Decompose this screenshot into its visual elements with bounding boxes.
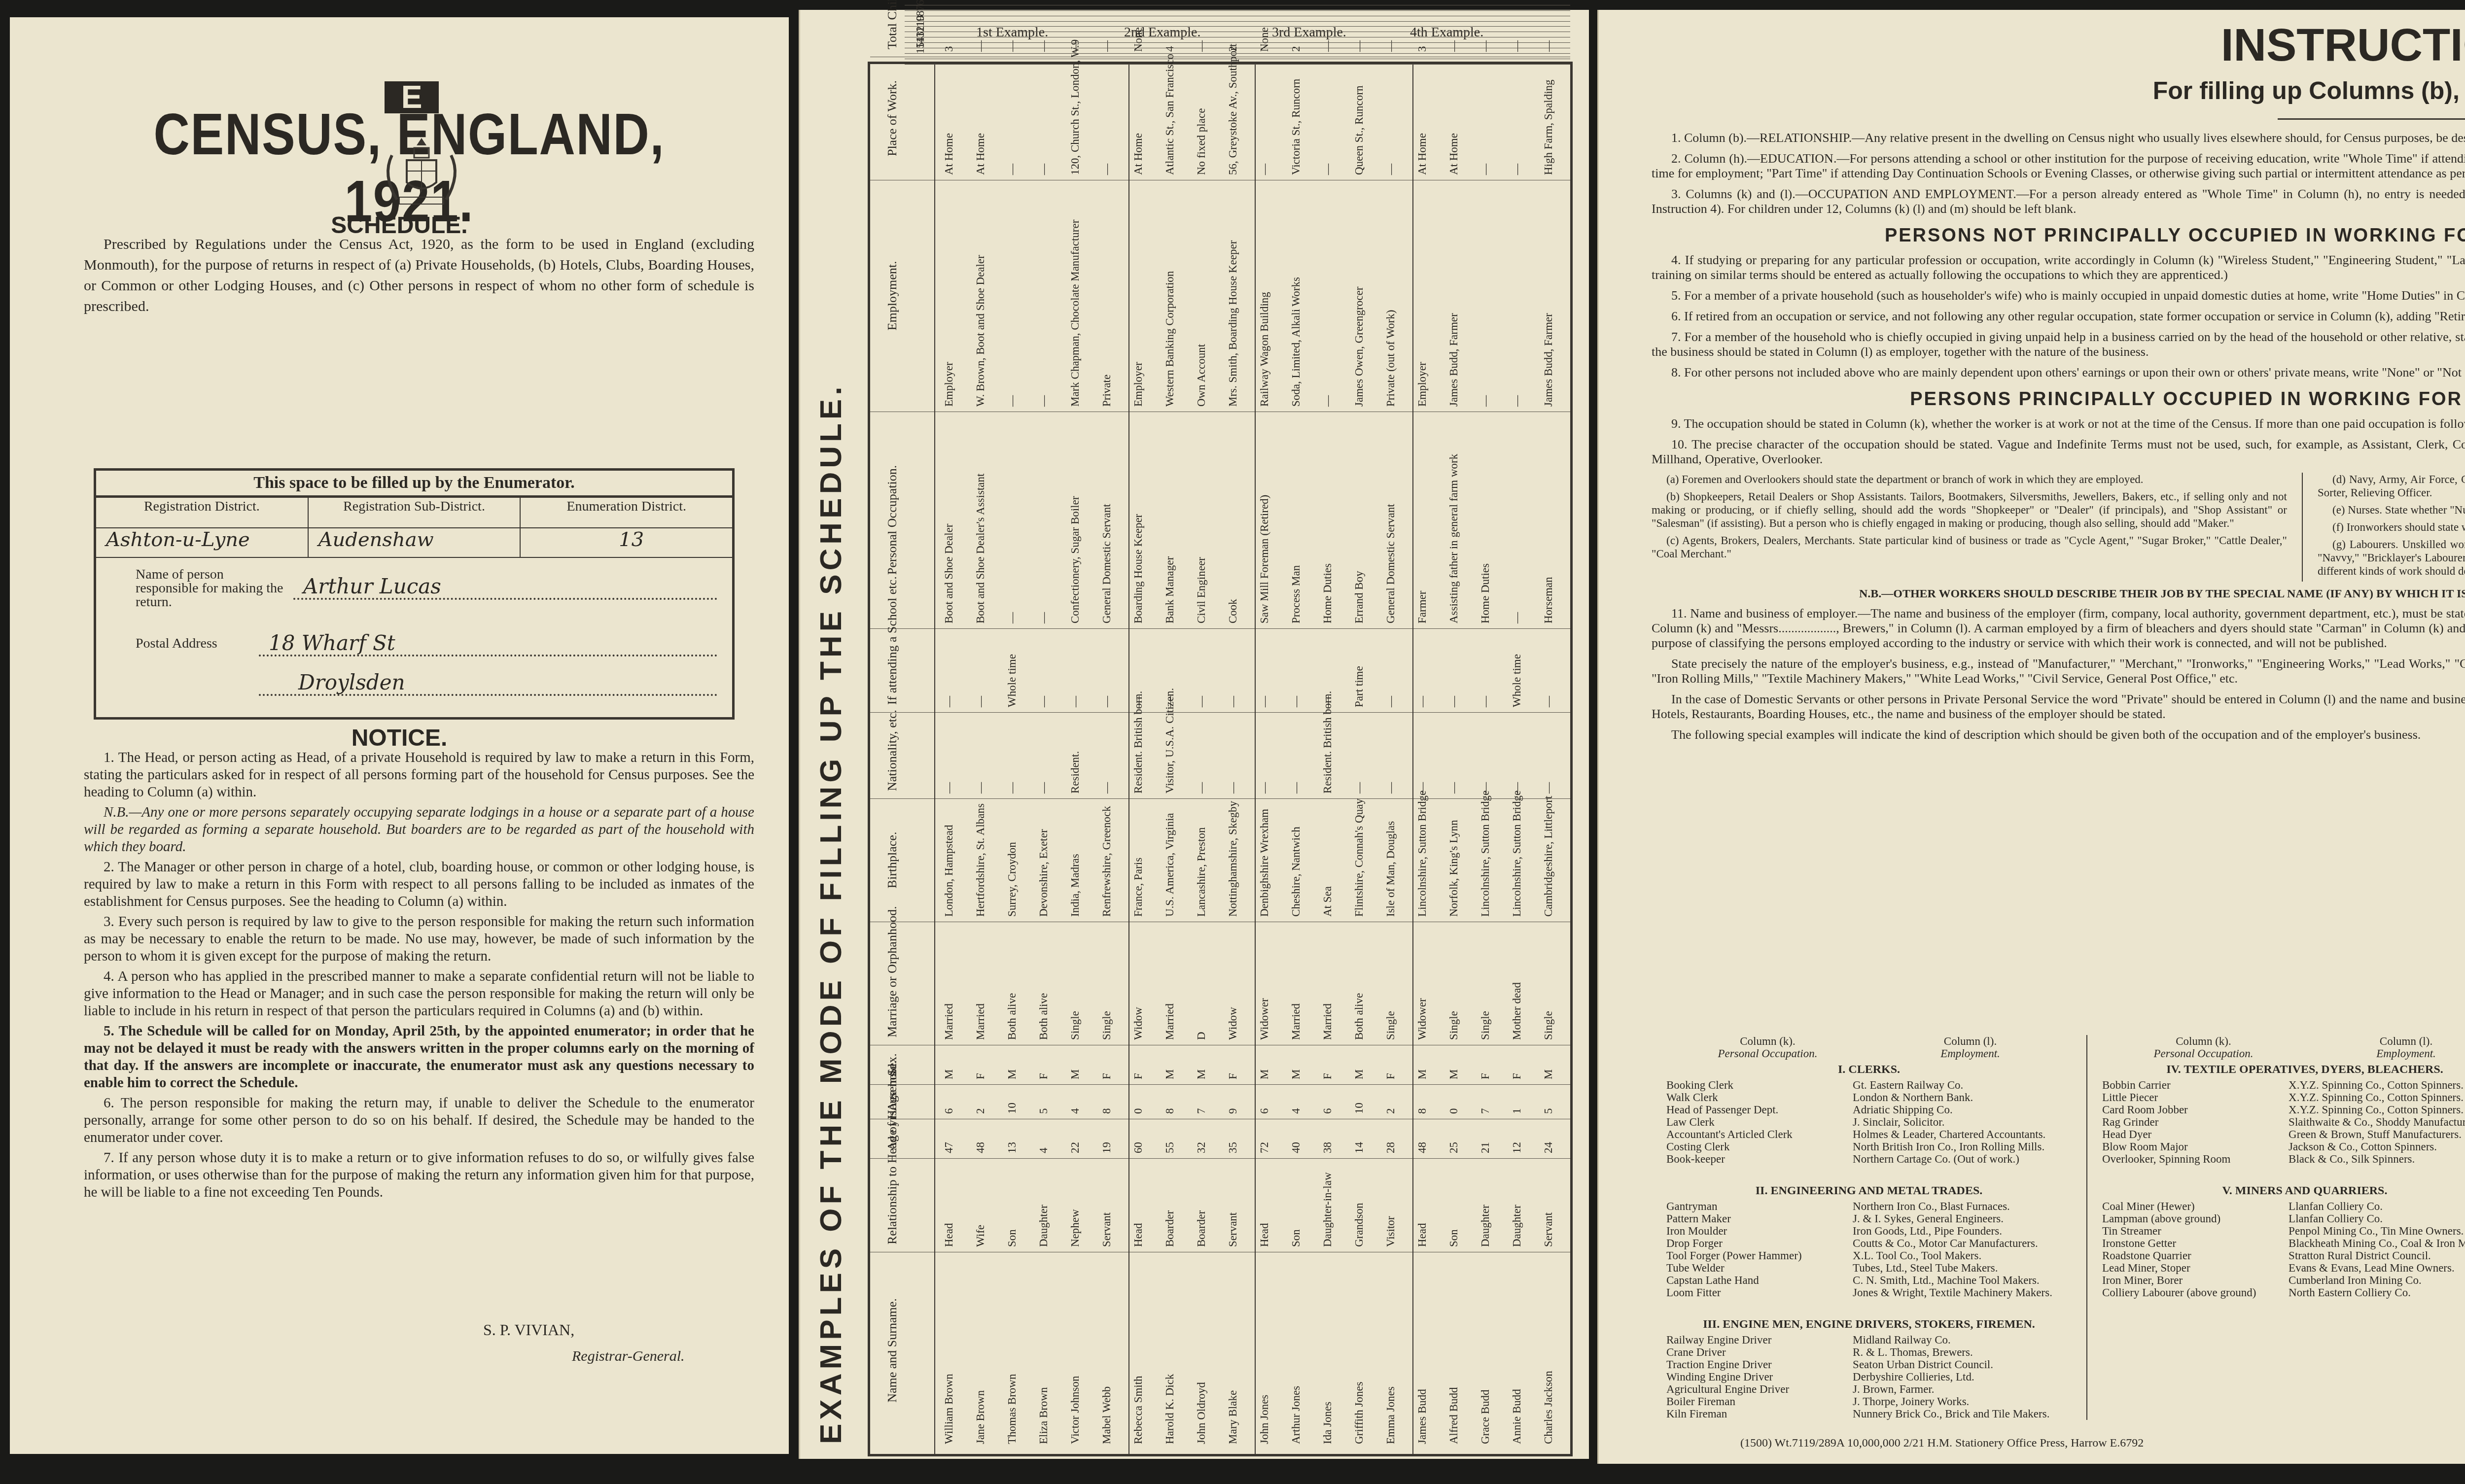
instruction-5: 5. For a member of a private household (… — [1652, 288, 2465, 303]
table-cell-name: Harold K. Dick — [1164, 1374, 1176, 1444]
table-cell-yrs: 60 — [1132, 1142, 1144, 1153]
instruction-1: 1. Column (b).—RELATIONSHIP.—Any relativ… — [1652, 131, 2465, 145]
table-header: Age yrs. — [885, 1126, 900, 1151]
table-cell-yrs: 22 — [1069, 1142, 1081, 1153]
table-column-divider — [870, 798, 1570, 799]
example-row: Blow Room MajorJackson & Co., Cotton Spi… — [2102, 1140, 2465, 1153]
table-column-divider — [870, 412, 1570, 412]
occupation-text: Iron Miner, Borer — [2102, 1274, 2289, 1286]
table-column-divider — [870, 1045, 1570, 1045]
responsible-person-field[interactable]: Arthur Lucas — [293, 575, 717, 600]
subrule-d: (d) Navy, Army, Air Force, Civil Service… — [2318, 473, 2465, 499]
example-row: Coal Miner (Hewer)Llanfan Colliery Co. — [2102, 1200, 2465, 1212]
table-cell-yrs: 13 — [1006, 1142, 1018, 1153]
occupation-examples: Column (k).Personal Occupation.Column (l… — [1652, 1035, 2465, 1420]
table-cell-emp: Mark Chapman, Chocolate Manufacturer — [1069, 220, 1081, 407]
example-row: Head DyerGreen & Brown, Stuff Manufactur… — [2102, 1128, 2465, 1140]
table-cell-nat: — — [1448, 782, 1460, 794]
subrule-b: (b) Shopkeepers, Retail Dealers or Shop … — [1652, 490, 2287, 530]
table-cell-occ: Assisting father in general farm work — [1448, 454, 1460, 623]
table-cell-place: — — [1038, 164, 1050, 175]
table-cell-school: — — [1038, 696, 1050, 707]
table-cell-name: Griffith Jones — [1353, 1381, 1365, 1444]
notice-item-2: 2. The Manager or other person in charge… — [84, 859, 754, 910]
age-row-divider — [905, 42, 1570, 43]
table-cell-mar: Single — [1385, 1011, 1397, 1040]
postal-address-line2-field[interactable]: Droylsden — [259, 671, 717, 696]
table-cell-sex: M — [1448, 1070, 1460, 1079]
table-cell-occ: Confectionery, Sugar Boiler — [1069, 496, 1081, 623]
occupation-text: Head of Passenger Dept. — [1666, 1104, 1853, 1116]
table-cell-ms: 6 — [943, 1108, 955, 1114]
example-row: Tin StreamerPenpol Mining Co., Tin Mine … — [2102, 1225, 2465, 1237]
occupation-text: Ironstone Getter — [2102, 1237, 2289, 1249]
employment-text: North British Iron Co., Iron Rolling Mil… — [1853, 1140, 2072, 1153]
table-cell-name: Ida Jones — [1322, 1402, 1334, 1444]
table-cell-sex: F — [1038, 1073, 1050, 1079]
employment-text: Iron Goods, Ltd., Pipe Founders. — [1853, 1225, 2072, 1237]
example-row: Costing ClerkNorth British Iron Co., Iro… — [1666, 1140, 2072, 1153]
employment-text: Llanfan Colliery Co. — [2289, 1200, 2465, 1212]
table-cell-children: 2 — [1227, 46, 1239, 52]
table-cell-nat: — — [1227, 782, 1239, 794]
table-cell-school: — — [1448, 696, 1460, 707]
example-row: Capstan Lathe HandC. N. Smith, Ltd., Mac… — [1666, 1274, 2072, 1286]
table-cell-rel: Daughter — [1479, 1205, 1491, 1247]
table-cell-occ: — — [1006, 612, 1018, 623]
subrule-f: (f) Ironworkers should state whether Pud… — [2318, 520, 2465, 534]
enumerator-box-heading: This space to be filled up by the Enumer… — [96, 471, 732, 498]
table-cell-nat: Resident. — [1069, 751, 1081, 794]
employment-text: Black & Co., Silk Spinners. — [2289, 1153, 2465, 1165]
table-cell-occ: Civil Engineer — [1196, 557, 1207, 623]
table-cell-yrs: 55 — [1164, 1142, 1176, 1153]
table-cell-occ: Boot and Shoe Dealer — [943, 524, 955, 623]
table-header: Marriage or Orphanhood. — [885, 929, 900, 1037]
table-cell-yrs: 21 — [1479, 1142, 1491, 1153]
table-cell-sex: M — [1259, 1070, 1270, 1079]
table-cell-ms: 5 — [1038, 1108, 1050, 1114]
table-cell-children: 2 — [1290, 46, 1302, 52]
instruction-4: 4. If studying or preparing for any part… — [1652, 253, 2465, 282]
table-cell-occ: Bank Manager — [1164, 556, 1176, 623]
example-row: Accountant's Articled ClerkHolmes & Lead… — [1666, 1128, 2072, 1140]
example-row: Crane DriverR. & L. Thomas, Brewers. — [1666, 1346, 2072, 1358]
employment-text: Seaton Urban District Council. — [1853, 1358, 2072, 1371]
table-cell-mar: Single — [1448, 1011, 1460, 1040]
occupation-text: Boiler Fireman — [1666, 1395, 1853, 1408]
table-cell-ms: 2 — [975, 1108, 986, 1114]
occupation-text: Little Piecer — [2102, 1091, 2289, 1104]
table-cell-birth: Lincolnshire, Sutton Bridge — [1479, 791, 1491, 917]
age-row-divider — [905, 48, 1570, 48]
instruction-3: 3. Columns (k) and (l).—OCCUPATION AND E… — [1652, 187, 2465, 216]
notice-item-7: 7. If any person whose duty it is to mak… — [84, 1149, 754, 1201]
table-cell-occ: Process Man — [1290, 565, 1302, 623]
intro-paragraph: Prescribed by Regulations under the Cens… — [84, 234, 754, 317]
table-cell-rel: Wife — [975, 1225, 986, 1247]
employment-text: J. Sinclair, Solicitor. — [1853, 1116, 2072, 1128]
table-header: Sex. — [885, 1052, 900, 1077]
table-cell-ms: 10 — [1006, 1103, 1018, 1114]
table-cell-occ: Farmer — [1416, 591, 1428, 623]
table-header: Nationality, etc. — [885, 720, 900, 791]
registration-sub-district-label: Registration Sub-District. — [309, 498, 521, 527]
table-cell-rel: Daughter-in-law — [1322, 1172, 1334, 1247]
table-cell-place: At Home — [975, 133, 986, 175]
left-panel: E CENSUS, ENGLAND, 1921. SCHEDULE. Presc… — [10, 17, 789, 1454]
instruction-11: 11. Name and business of employer.—The n… — [1652, 606, 2465, 651]
table-cell-school: — — [1290, 696, 1302, 707]
table-cell-school: — — [943, 696, 955, 707]
table-cell-birth: Surrey, Croydon — [1006, 842, 1018, 917]
table-cell-school: — — [1543, 696, 1554, 707]
table-cell-rel: Visitor — [1385, 1216, 1397, 1247]
employment-text: Northern Iron Co., Blast Furnaces. — [1853, 1200, 2072, 1212]
table-cell-ms: 6 — [1259, 1108, 1270, 1114]
table-column-divider — [870, 1119, 1570, 1119]
table-cell-ms: 2 — [1385, 1108, 1397, 1114]
table-cell-emp: Employer — [1132, 362, 1144, 407]
example-row: Pattern MakerJ. & I. Sykes, General Engi… — [1666, 1212, 2072, 1225]
table-cell-emp: Western Banking Corporation — [1164, 271, 1176, 407]
table-column-divider — [870, 712, 1570, 713]
table-cell-birth: Isle of Man, Douglas — [1385, 821, 1397, 917]
employment-text: J. Brown, Farmer. — [1853, 1383, 2072, 1395]
example-row: Roadstone QuarrierStratton Rural Distric… — [2102, 1249, 2465, 1262]
example-row: Iron Miner, BorerCumberland Iron Mining … — [2102, 1274, 2465, 1286]
table-header: Relationship to Head of Household. — [885, 1166, 900, 1244]
enumeration-district-field[interactable]: 13 — [521, 528, 732, 557]
table-cell-mar: Widower — [1259, 998, 1270, 1040]
employment-text: Green & Brown, Stuff Manufacturers. — [2289, 1128, 2465, 1140]
notice-nb: N.B.—Any one or more persons separately … — [84, 804, 754, 856]
examples-table: William BrownJane BrownThomas BrownEliza… — [868, 62, 1573, 1456]
occupation-text: Booking Clerk — [1666, 1079, 1853, 1091]
table-cell-emp: Private (out of Work) — [1385, 310, 1397, 407]
postal-address-line1-field[interactable]: 18 Wharf St — [259, 632, 717, 656]
example-row: Colliery Labourer (above ground)North Ea… — [2102, 1286, 2465, 1299]
table-cell-birth: France, Paris — [1132, 858, 1144, 917]
table-cell-name: Annie Budd — [1511, 1389, 1523, 1444]
table-cell-nat: — — [1385, 782, 1397, 794]
table-cell-birth: Denbighshire Wrexham — [1259, 809, 1270, 917]
employment-text: Nunnery Brick Co., Brick and Tile Makers… — [1853, 1408, 2072, 1420]
notice-item-3: 3. Every such person is required by law … — [84, 913, 754, 965]
registration-sub-district-field[interactable]: Audenshaw — [309, 528, 521, 557]
table-column-divider — [870, 1252, 1570, 1252]
registration-district-field[interactable]: Ashton-u-Lyne — [96, 528, 309, 557]
table-cell-name: Alfred Budd — [1448, 1387, 1460, 1444]
table-cell-ms: 8 — [1416, 1108, 1428, 1114]
table-cell-birth: Lancashire, Preston — [1196, 828, 1207, 917]
employment-text: X.Y.Z. Spinning Co., Cotton Spinners. — [2289, 1104, 2465, 1116]
table-cell-sex: M — [1290, 1070, 1302, 1079]
table-cell-occ: Cook — [1227, 599, 1239, 623]
example-group-divider — [1255, 64, 1256, 1454]
example-row: Agricultural Engine DriverJ. Brown, Farm… — [1666, 1383, 2072, 1395]
nb-other-workers: N.B.—OTHER WORKERS SHOULD DESCRIBE THEIR… — [1652, 587, 2465, 601]
table-cell-yrs: 35 — [1227, 1142, 1239, 1153]
signature-title: Registrar-General. — [572, 1348, 685, 1365]
example-row: Tool Forger (Power Hammer)X.L. Tool Co.,… — [1666, 1249, 2072, 1262]
example-section-title: II. ENGINEERING AND METAL TRADES. — [1666, 1185, 2072, 1197]
table-cell-children: 3 — [1416, 46, 1428, 52]
age-row-divider — [905, 10, 1570, 11]
table-cell-yrs: 48 — [1416, 1142, 1428, 1153]
table-cell-occ: Saw Mill Foreman (Retired) — [1259, 495, 1270, 623]
employment-text: Cumberland Iron Mining Co. — [2289, 1274, 2465, 1286]
table-cell-sex: F — [1479, 1073, 1491, 1079]
table-cell-rel: Head — [943, 1223, 955, 1247]
table-cell-sex: M — [1006, 1070, 1018, 1079]
table-cell-name: John Oldroyd — [1196, 1382, 1207, 1444]
col-l-label: Column (l). — [1944, 1035, 1997, 1047]
example-row: Boiler FiremanJ. Thorpe, Joinery Works. — [1666, 1395, 2072, 1408]
occupation-text: Head Dyer — [2102, 1128, 2289, 1140]
example-section-title: III. ENGINE MEN, ENGINE DRIVERS, STOKERS… — [1666, 1318, 2072, 1331]
example-row: Card Room JobberX.Y.Z. Spinning Co., Cot… — [2102, 1104, 2465, 1116]
table-cell-yrs: 48 — [975, 1142, 986, 1153]
table-cell-mar: D — [1196, 1032, 1207, 1040]
table-cell-nat: — — [1416, 782, 1428, 794]
table-cell-school: Whole time — [1511, 654, 1523, 707]
table-cell-occ: Home Duties — [1322, 563, 1334, 623]
example-row: Loom FitterJones & Wright, Textile Machi… — [1666, 1286, 2072, 1299]
table-cell-occ: Home Duties — [1479, 563, 1491, 623]
table-cell-place: Atlantic St., San Francisco — [1164, 54, 1176, 175]
table-cell-birth: London, Hampstead — [943, 825, 955, 917]
table-cell-yrs: 12 — [1511, 1142, 1523, 1153]
notice-item-1: 1. The Head, or person acting as Head, o… — [84, 749, 754, 801]
occupation-text: Book-keeper — [1666, 1153, 1853, 1165]
table-cell-rel: Servant — [1101, 1212, 1113, 1247]
table-cell-place: — — [1322, 164, 1334, 175]
occupation-text: Winding Engine Driver — [1666, 1371, 1853, 1383]
table-cell-school: — — [1227, 696, 1239, 707]
employment-text: Penpol Mining Co., Tin Mine Owners. — [2289, 1225, 2465, 1237]
table-cell-name: Mabel Webb — [1101, 1386, 1113, 1444]
table-cell-place: — — [1479, 164, 1491, 175]
employment-text: J. & I. Sykes, General Engineers. — [1853, 1212, 2072, 1225]
table-cell-mar: Single — [1069, 1011, 1081, 1040]
employment-text: Jackson & Co., Cotton Spinners. — [2289, 1140, 2465, 1153]
section-occupied: PERSONS PRINCIPALLY OCCUPIED IN WORKING … — [1652, 392, 2465, 407]
employment-text: Gt. Eastern Railway Co. — [1853, 1079, 2072, 1091]
table-cell-yrs: 72 — [1259, 1142, 1270, 1153]
employment-text: North Eastern Colliery Co. — [2289, 1286, 2465, 1299]
table-cell-ms: 9 — [1227, 1108, 1239, 1114]
table-cell-yrs: 19 — [1101, 1142, 1113, 1153]
table-cell-ms: 5 — [1543, 1108, 1554, 1114]
notice-list: 1. The Head, or person acting as Head, o… — [84, 749, 754, 1204]
age-row-divider — [905, 5, 1570, 5]
employment-text: Coutts & Co., Motor Car Manufacturers. — [1853, 1237, 2072, 1249]
table-cell-sex: M — [1196, 1070, 1207, 1079]
table-cell-place: 120, Church St., London, W.9 — [1069, 39, 1081, 175]
subrule-a: (a) Foremen and Overlookers should state… — [1652, 473, 2287, 486]
occupation-text: Capstan Lathe Hand — [1666, 1274, 1853, 1286]
table-cell-ms: 0 — [1448, 1108, 1460, 1114]
table-cell-birth: At Sea — [1322, 886, 1334, 917]
table-cell-yrs: 32 — [1196, 1142, 1207, 1153]
table-cell-rel: Boarder — [1196, 1210, 1207, 1247]
table-cell-emp: — — [1006, 395, 1018, 407]
table-cell-rel: Grandson — [1353, 1203, 1365, 1247]
table-cell-birth: Flintshire, Connah's Quay — [1353, 798, 1365, 917]
table-cell-emp: W. Brown, Boot and Shoe Dealer — [975, 255, 986, 407]
instruction-11-examples-intro: The following special examples will indi… — [1652, 727, 2465, 742]
table-cell-yrs: 14 — [1353, 1142, 1365, 1153]
employment-text: Holmes & Leader, Chartered Accountants. — [1853, 1128, 2072, 1140]
table-cell-nat: — — [1038, 782, 1050, 794]
example-row: Law ClerkJ. Sinclair, Solicitor. — [1666, 1116, 2072, 1128]
enumerator-box: This space to be filled up by the Enumer… — [94, 468, 735, 720]
table-cell-yrs: 47 — [943, 1142, 955, 1153]
table-cell-ms: 0 — [1132, 1108, 1144, 1114]
table-cell-emp: Own Account — [1196, 344, 1207, 407]
table-cell-emp: James Budd, Farmer — [1448, 313, 1460, 407]
table-cell-school: — — [1322, 696, 1334, 707]
table-cell-place: No fixed place — [1196, 108, 1207, 175]
occupation-text: Bobbin Carrier — [2102, 1079, 2289, 1091]
table-cell-ms: 4 — [1290, 1108, 1302, 1114]
table-cell-place: Queen St., Runcorn — [1353, 86, 1365, 175]
table-cell-place: — — [1101, 164, 1113, 175]
table-column-divider — [870, 180, 1570, 180]
occupation-text: Law Clerk — [1666, 1116, 1853, 1128]
employment-text: Llanfan Colliery Co. — [2289, 1212, 2465, 1225]
example-row: Tube WelderTubes, Ltd., Steel Tube Maker… — [1666, 1262, 2072, 1274]
example-row: Overlooker, Spinning RoomBlack & Co., Si… — [2102, 1153, 2465, 1165]
occupation-text: Overlooker, Spinning Room — [2102, 1153, 2289, 1165]
example-row: GantrymanNorthern Iron Co., Blast Furnac… — [1666, 1200, 2072, 1212]
table-cell-children: 4 — [1164, 46, 1176, 52]
table-cell-birth: Norfolk, King's Lynn — [1448, 820, 1460, 917]
table-cell-place: High Farm, Spalding — [1543, 79, 1554, 175]
employment-text: London & Northern Bank. — [1853, 1091, 2072, 1104]
table-cell-rel: Head — [1259, 1223, 1270, 1247]
table-header: Age ms. — [885, 1092, 900, 1111]
table-cell-sex: M — [1416, 1070, 1428, 1079]
table-cell-sex: M — [1353, 1070, 1365, 1079]
table-cell-rel: Head — [1132, 1223, 1144, 1247]
table-cell-name: Arthur Jones — [1290, 1386, 1302, 1444]
example-row: Lampman (above ground)Llanfan Colliery C… — [2102, 1212, 2465, 1225]
table-cell-occ: — — [1511, 612, 1523, 623]
table-cell-sex: F — [1101, 1073, 1113, 1079]
example-row: Head of Passenger Dept.Adriatic Shipping… — [1666, 1104, 2072, 1116]
table-cell-name: Victor Johnson — [1069, 1376, 1081, 1444]
age-row-divider — [905, 21, 1570, 22]
table-cell-rel: Nephew — [1069, 1209, 1081, 1247]
occupation-text: Rag Grinder — [2102, 1116, 2289, 1128]
example-section-title: V. MINERS AND QUARRIERS. — [2102, 1185, 2465, 1197]
table-cell-occ: General Domestic Servant — [1101, 504, 1113, 623]
table-column-divider — [870, 1084, 1570, 1085]
table-cell-place: At Home — [1448, 133, 1460, 175]
subrule-e: (e) Nurses. State whether "Nurse (Domest… — [2318, 503, 2465, 517]
occupation-text: Accountant's Articled Clerk — [1666, 1128, 1853, 1140]
table-cell-birth: Hertfordshire, St. Albans — [975, 803, 986, 917]
table-cell-sex: M — [1164, 1070, 1176, 1079]
table-cell-emp: — — [1038, 395, 1050, 407]
table-cell-school: — — [1385, 696, 1397, 707]
table-cell-ms: 8 — [1164, 1108, 1176, 1114]
table-cell-place: 56, Greystoke Av., Southport — [1227, 44, 1239, 175]
occupation-text: Coal Miner (Hewer) — [2102, 1200, 2289, 1212]
table-cell-birth: U.S. America, Virginia — [1164, 813, 1176, 917]
employment-text: C. N. Smith, Ltd., Machine Tool Makers. — [1853, 1274, 2072, 1286]
table-column-divider — [870, 57, 1570, 57]
example-row: Walk ClerkLondon & Northern Bank. — [1666, 1091, 2072, 1104]
table-cell-name: Rebecca Smith — [1132, 1376, 1144, 1444]
example-row: Traction Engine DriverSeaton Urban Distr… — [1666, 1358, 2072, 1371]
table-cell-school: — — [1416, 696, 1428, 707]
employment-text: Tubes, Ltd., Steel Tube Makers. — [1853, 1262, 2072, 1274]
occupation-text: Blow Room Major — [2102, 1140, 2289, 1153]
subrule-g: (g) Labourers. Unskilled workers usually… — [2318, 538, 2465, 578]
example-label-4: 4th Example. — [1410, 25, 1483, 40]
table-cell-place: At Home — [943, 133, 955, 175]
example-row: Winding Engine DriverDerbyshire Collieri… — [1666, 1371, 2072, 1383]
table-cell-mar: Married — [1322, 1003, 1334, 1040]
table-header: Birthplace. — [885, 806, 900, 914]
employment-text: X.Y.Z. Spinning Co., Cotton Spinners. — [2289, 1091, 2465, 1104]
employment-text: Northern Cartage Co. (Out of work.) — [1853, 1153, 2072, 1165]
table-cell-rel: Boarder — [1164, 1210, 1176, 1247]
age-row-divider — [905, 26, 1570, 27]
employment-text: Blackheath Mining Co., Coal & Iron Mines… — [2289, 1237, 2465, 1249]
instruction-7: 7. For a member of the household who is … — [1652, 330, 2465, 359]
table-cell-birth: India, Madras — [1069, 854, 1081, 917]
table-cell-birth: Lincolnshire, Sutton Bridge — [1416, 791, 1428, 917]
table-cell-name: Jane Brown — [975, 1390, 986, 1444]
table-cell-birth: Renfrewshire, Greenock — [1101, 806, 1113, 917]
instruction-6: 6. If retired from an occupation or serv… — [1652, 309, 2465, 324]
example-row: Ironstone GetterBlackheath Mining Co., C… — [2102, 1237, 2465, 1249]
table-cell-rel: Son — [1448, 1229, 1460, 1247]
table-cell-school: — — [1069, 696, 1081, 707]
table-cell-emp: James Budd, Farmer — [1543, 313, 1554, 407]
col-l-sublabel: Employment. — [2305, 1047, 2465, 1060]
table-cell-mar: Married — [943, 1003, 955, 1040]
table-cell-name: William Brown — [943, 1374, 955, 1444]
table-header: Total Children under 16. — [885, 0, 900, 49]
child-age-label: 15 — [915, 42, 926, 54]
table-cell-place: At Home — [1416, 133, 1428, 175]
occupation-text: Kiln Fireman — [1666, 1408, 1853, 1420]
instruction-10: 10. The precise character of the occupat… — [1652, 437, 2465, 467]
table-cell-yrs: 24 — [1543, 1142, 1554, 1153]
signature-name: S. P. VIVIAN, — [483, 1321, 574, 1339]
employment-text: Jones & Wright, Textile Machinery Makers… — [1853, 1286, 2072, 1299]
table-cell-ms: 1 — [1511, 1108, 1523, 1114]
instruction-2: 2. Column (h).—EDUCATION.—For persons at… — [1652, 151, 2465, 181]
table-cell-occ: Errand Boy — [1353, 571, 1365, 623]
occupation-text: Colliery Labourer (above ground) — [2102, 1286, 2289, 1299]
table-column-divider — [870, 628, 1570, 629]
example-row: Booking ClerkGt. Eastern Railway Co. — [1666, 1079, 2072, 1091]
examples-title: EXAMPLES OF THE MODE OF FILLING UP THE S… — [813, 383, 848, 1444]
table-cell-nat: — — [1101, 782, 1113, 794]
occupation-text: Gantryman — [1666, 1200, 1853, 1212]
table-cell-place: Victoria St., Runcorn — [1290, 79, 1302, 175]
example-row: Kiln FiremanNunnery Brick Co., Brick and… — [1666, 1408, 2072, 1420]
example-row: Little PiecerX.Y.Z. Spinning Co., Cotton… — [2102, 1091, 2465, 1104]
table-cell-place: — — [1259, 164, 1270, 175]
occupation-text: Pattern Maker — [1666, 1212, 1853, 1225]
